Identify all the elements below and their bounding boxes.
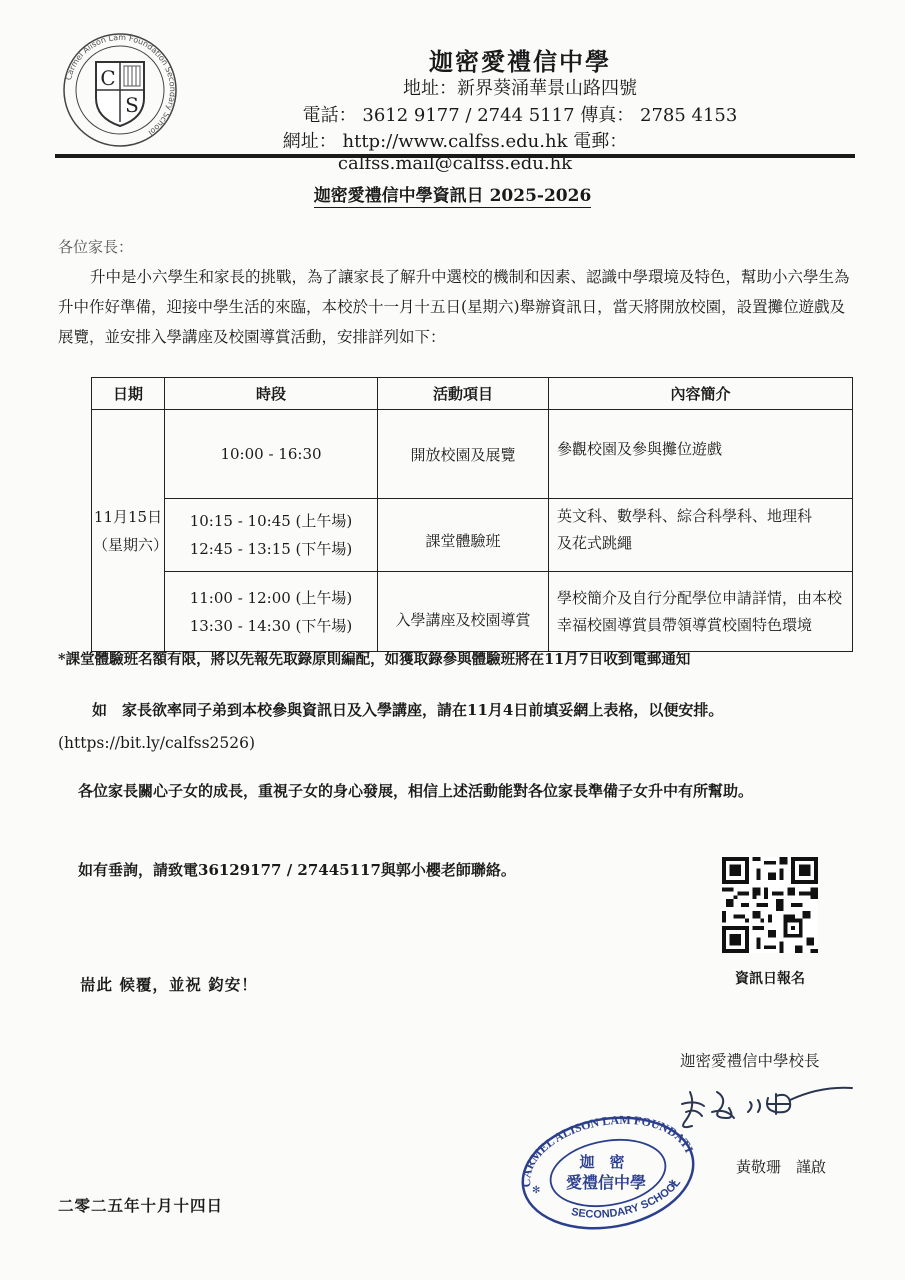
activity-cell: 課堂體驗班: [378, 499, 549, 572]
time-cell: 10:00 - 16:30: [165, 410, 378, 499]
registration-paragraph: 如 家長欲率同子弟到本校參與資訊日及入學講座，請在11月4日前填妥網上表格，以便…: [58, 694, 858, 760]
description-cell: 學校簡介及自行分配學位申請詳情，由本校幸福校園導賞員帶領導賞校園特色環境: [549, 572, 853, 652]
signer-name: 黃敬珊 謹啟: [736, 1156, 826, 1177]
header-time: 時段: [165, 378, 378, 410]
svg-text:✻: ✻: [532, 1185, 540, 1196]
table-row: 10:15 - 10:45 (上午場) 12:45 - 13:15 (下午場) …: [92, 499, 853, 572]
intro-paragraph: 升中是小六學生和家長的挑戰，為了讓家長了解升中選校的機制和因素、認識中學環境及特…: [58, 262, 850, 352]
principal-title: 迦密愛禮信中學校長: [680, 1049, 820, 1071]
letter-date: 二零二五年十月十四日: [58, 1194, 223, 1216]
closing-paragraph: 各位家長關心子女的成長，重視子女的身心發展，相信上述活動能對各位家長準備子女升中…: [58, 775, 848, 807]
header-activity: 活動項目: [378, 378, 549, 410]
footnote: *課堂體驗班名額有限，將以先報先取錄原則編配，如獲取錄參與體驗班將在11月7日收…: [58, 648, 690, 669]
school-phone-fax: 電話： 3612 9177 / 2744 5117 傳真： 2785 4153: [200, 101, 840, 127]
activity-cell: 開放校園及展覽: [378, 410, 549, 499]
qr-code[interactable]: [722, 857, 818, 953]
header-date: 日期: [92, 378, 165, 410]
table-row: 11月15日 （星期六） 10:00 - 16:30 開放校園及展覽 參觀校園及…: [92, 410, 853, 499]
activity-cell: 入學講座及校園導賞: [378, 572, 549, 652]
qr-label: 資訊日報名: [722, 968, 818, 988]
description-cell: 參觀校園及參與攤位遊戲: [549, 410, 853, 499]
school-name: 迦密愛禮信中學: [200, 42, 840, 77]
table-row: 11:00 - 12:00 (上午場) 13:30 - 14:30 (下午場) …: [92, 572, 853, 652]
time-cell: 11:00 - 12:00 (上午場) 13:30 - 14:30 (下午場): [165, 572, 378, 652]
closing-salutation: 耑此 候覆，並祝 鈞安！: [80, 973, 258, 995]
svg-text:S: S: [125, 93, 139, 117]
document-title: 迦密愛禮信中學資訊日 2025-2026: [0, 181, 905, 206]
header-description: 內容簡介: [549, 378, 853, 410]
school-stamp: CARMEL ALISON LAM FOUNDATION SECONDARY S…: [518, 1115, 698, 1230]
svg-text:迦 密: 迦 密: [578, 1153, 624, 1171]
registration-text: 如 家長欲率同子弟到本校參與資訊日及入學講座，請在11月4日前填妥網上表格，以便…: [58, 694, 858, 727]
greeting: 各位家長：: [58, 236, 133, 257]
signature: [672, 1082, 862, 1142]
table-header-row: 日期 時段 活動項目 內容簡介: [92, 378, 853, 410]
school-address: 地址：新界葵涌華景山路四號: [200, 74, 840, 100]
enquiry-text: 如有垂詢，請致電36129177 / 27445117與郭小櫻老師聯絡。: [78, 859, 516, 880]
svg-text:✻: ✻: [668, 1179, 676, 1190]
svg-text:愛禮信中學: 愛禮信中學: [566, 1173, 646, 1192]
schedule-table: 日期 時段 活動項目 內容簡介 11月15日 （星期六） 10:00 - 16:…: [91, 377, 853, 652]
header-divider: [55, 154, 855, 158]
date-cell: 11月15日 （星期六）: [92, 410, 165, 652]
time-cell: 10:15 - 10:45 (上午場) 12:45 - 13:15 (下午場): [165, 499, 378, 572]
svg-text:C: C: [100, 66, 115, 90]
school-logo: Carmel Alison Lam Foundation Secondary S…: [60, 30, 180, 150]
school-web-email: 網址： http://www.calfss.edu.hk 電郵： calfss.…: [175, 127, 735, 174]
registration-link[interactable]: (https://bit.ly/calfss2526): [58, 727, 858, 760]
description-cell: 英文科、數學科、綜合科學科、地理科及花式跳繩: [549, 499, 853, 572]
